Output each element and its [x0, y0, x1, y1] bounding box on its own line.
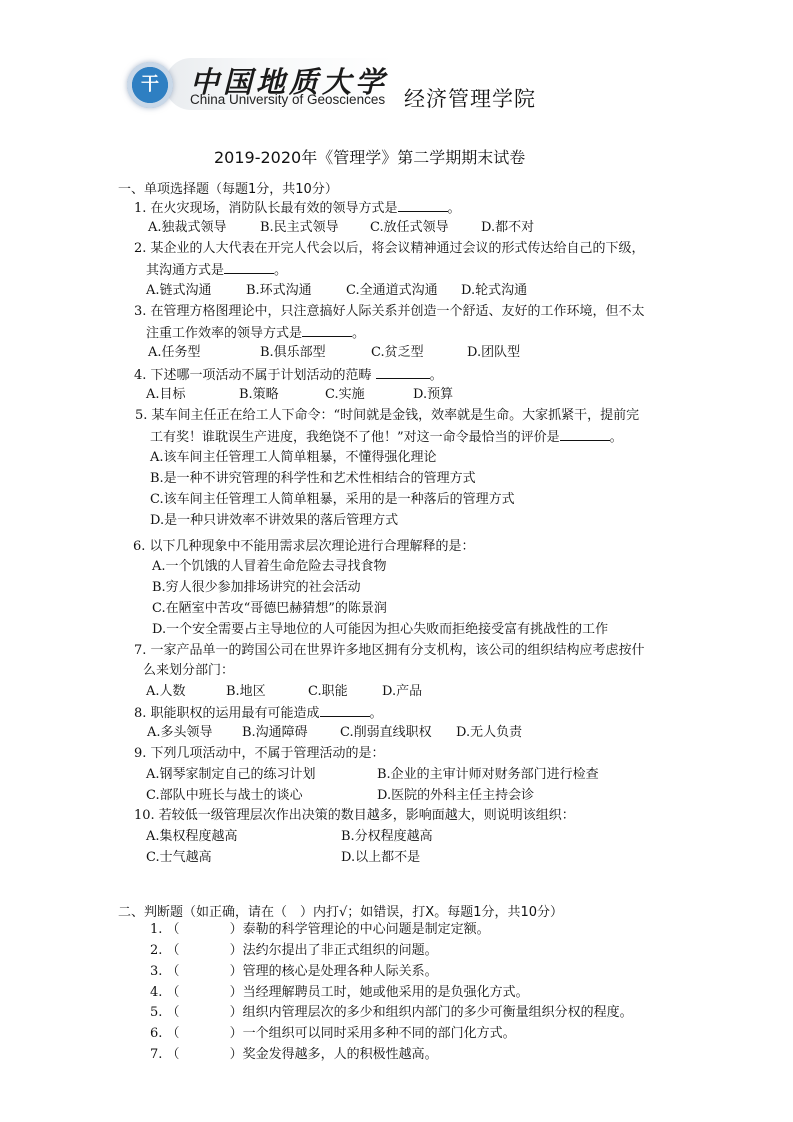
- q5-option-a: A.该车间主任管理工人简单粗暴，不懂得强化理论: [150, 449, 437, 467]
- q1-option-c: C.放任式领导: [370, 219, 449, 237]
- q9-option-b: B.企业的主审计师对财务部门进行检查: [377, 766, 599, 784]
- answer-blank: [320, 704, 370, 717]
- university-emblem-icon: 干: [127, 62, 173, 108]
- question-2-stem-line2: 其沟通方式是。: [146, 261, 287, 280]
- q2-option-d: D.轮式沟通: [461, 282, 527, 300]
- q6-option-a: A.一个饥饿的人冒着生命危险去寻找食物: [152, 558, 387, 576]
- q6-option-d: D.一个安全需要占主导地位的人可能因为担心失败而拒绝接受富有挑战性的工作: [152, 621, 608, 639]
- q1-option-a: A.独裁式领导: [148, 219, 227, 237]
- q10-option-c: C.士气越高: [146, 849, 212, 867]
- answer-blank: [560, 428, 610, 441]
- question-4-stem: 4. 下述哪一项活动不属于计划活动的范畴 。: [134, 366, 443, 385]
- question-1-stem: 1. 在火灾现场，消防队长最有效的领导方式是。: [134, 199, 461, 218]
- q7-option-c: C.职能: [308, 683, 348, 701]
- question-5-stem-line2: 工有奖！谁耽误生产进度，我绝饶不了他！”对这一命令最恰当的评价是。: [150, 428, 623, 447]
- q8-option-c: C.削弱直线职权: [340, 724, 432, 742]
- question-10-stem: 10. 若较低一级管理层次作出决策的数目越多，影响面越大，则说明该组织：: [134, 807, 575, 825]
- q2-option-a: A.链式沟通: [146, 282, 212, 300]
- judgement-item-2: 2. （）法约尔提出了非正式组织的问题。: [150, 942, 438, 960]
- answer-blank: [302, 324, 352, 337]
- q3-option-a: A.任务型: [148, 344, 201, 362]
- emblem-glyph: 干: [141, 74, 159, 96]
- answer-blank: [224, 261, 274, 274]
- q7-option-b: B.地区: [226, 683, 266, 701]
- judgement-item-5: 5. （）组织内管理层次的多少和组织内部门的多少可衡量组织分权的程度。: [150, 1004, 633, 1022]
- question-3-stem-line2: 注重工作效率的领导方式是。: [146, 324, 365, 343]
- q3-option-d: D.团队型: [467, 344, 520, 362]
- q8-option-a: A.多头领导: [147, 724, 213, 742]
- q4-option-c: C.实施: [325, 386, 365, 404]
- college-name: 经济管理学院: [404, 83, 536, 113]
- q6-option-c: C.在陋室中苦攻“哥德巴赫猜想”的陈景润: [152, 600, 387, 618]
- q9-option-c: C.部队中班长与战士的谈心: [146, 787, 303, 805]
- question-2-stem-line1: 2. 某企业的人大代表在开完人代会以后，将会议精神通过会议的形式传达给自己的下级…: [134, 240, 645, 258]
- q9-option-d: D.医院的外科主任主持会诊: [377, 787, 534, 805]
- q10-option-b: B.分权程度越高: [341, 828, 433, 846]
- q4-option-a: A.目标: [146, 386, 186, 404]
- answer-blank: [398, 199, 448, 212]
- q1-option-d: D.都不对: [481, 219, 534, 237]
- question-6-stem: 6. 以下几种现象中不能用需求层次理论进行合理解释的是：: [133, 538, 475, 556]
- answer-blank: [376, 366, 430, 379]
- page-title: 2019-2020年《管理学》第二学期期末试卷: [214, 145, 525, 168]
- q8-option-b: B.沟通障碍: [242, 724, 308, 742]
- q10-option-d: D.以上都不是: [341, 849, 420, 867]
- university-name-en: China University of Geosciences: [190, 92, 385, 107]
- q7-option-d: D.产品: [382, 683, 422, 701]
- judgement-item-3: 3. （）管理的核心是处理各种人际关系。: [150, 963, 438, 981]
- q1-option-b: B.民主式领导: [260, 219, 339, 237]
- question-7-stem-line2: 么来划分部门：: [143, 662, 234, 680]
- question-3-stem-line1: 3. 在管理方格图理论中，只注意搞好人际关系并创造一个舒适、友好的工作环境，但不…: [134, 303, 645, 321]
- question-7-stem-line1: 7. 一家产品单一的跨国公司在世界许多地区拥有分支机构，该公司的组织结构应考虑按…: [134, 642, 645, 660]
- q5-option-d: D.是一种只讲效率不讲效果的落后管理方式: [150, 512, 398, 530]
- q3-option-c: C.贫乏型: [371, 344, 424, 362]
- q5-option-c: C.该车间主任管理工人简单粗暴，采用的是一种落后的管理方式: [150, 491, 515, 509]
- judgement-item-4: 4. （）当经理解聘员工时，她或他采用的是负强化方式。: [150, 984, 529, 1002]
- q8-option-d: D.无人负责: [456, 724, 522, 742]
- q2-option-b: B.环式沟通: [246, 282, 312, 300]
- q4-option-b: B.策略: [239, 386, 279, 404]
- q3-option-b: B.俱乐部型: [260, 344, 326, 362]
- q10-option-a: A.集权程度越高: [146, 828, 238, 846]
- q9-option-a: A.钢琴家制定自己的练习计划: [146, 766, 316, 784]
- question-5-stem-line1: 5. 某车间主任正在给工人下命令：“时间就是金钱，效率就是生命。大家抓紧干，提前…: [135, 407, 639, 425]
- q4-option-d: D.预算: [413, 386, 453, 404]
- q7-option-a: A.人数: [146, 683, 186, 701]
- judgement-item-6: 6. （）一个组织可以同时采用多种不同的部门化方式。: [150, 1025, 516, 1043]
- question-8-stem: 8. 职能职权的运用最有可能造成。: [134, 704, 383, 723]
- section2-heading: 二、判断题（如正确，请在（ ）内打√；如错误，打X。每题1分，共10分）: [118, 901, 563, 920]
- judgement-item-7: 7. （）奖金发得越多，人的积极性越高。: [150, 1046, 438, 1064]
- q2-option-c: C.全通道式沟通: [346, 282, 438, 300]
- section1-heading: 一、单项选择题（每题1分，共10分）: [118, 178, 338, 197]
- q6-option-b: B.穷人很少参加排场讲究的社会活动: [152, 579, 361, 597]
- question-9-stem: 9. 下列几项活动中，不属于管理活动的是：: [134, 745, 385, 763]
- judgement-item-1: 1. （）泰勒的科学管理论的中心问题是制定定额。: [150, 921, 490, 939]
- q5-option-b: B.是一种不讲究管理的科学性和艺术性相结合的管理方式: [150, 470, 476, 488]
